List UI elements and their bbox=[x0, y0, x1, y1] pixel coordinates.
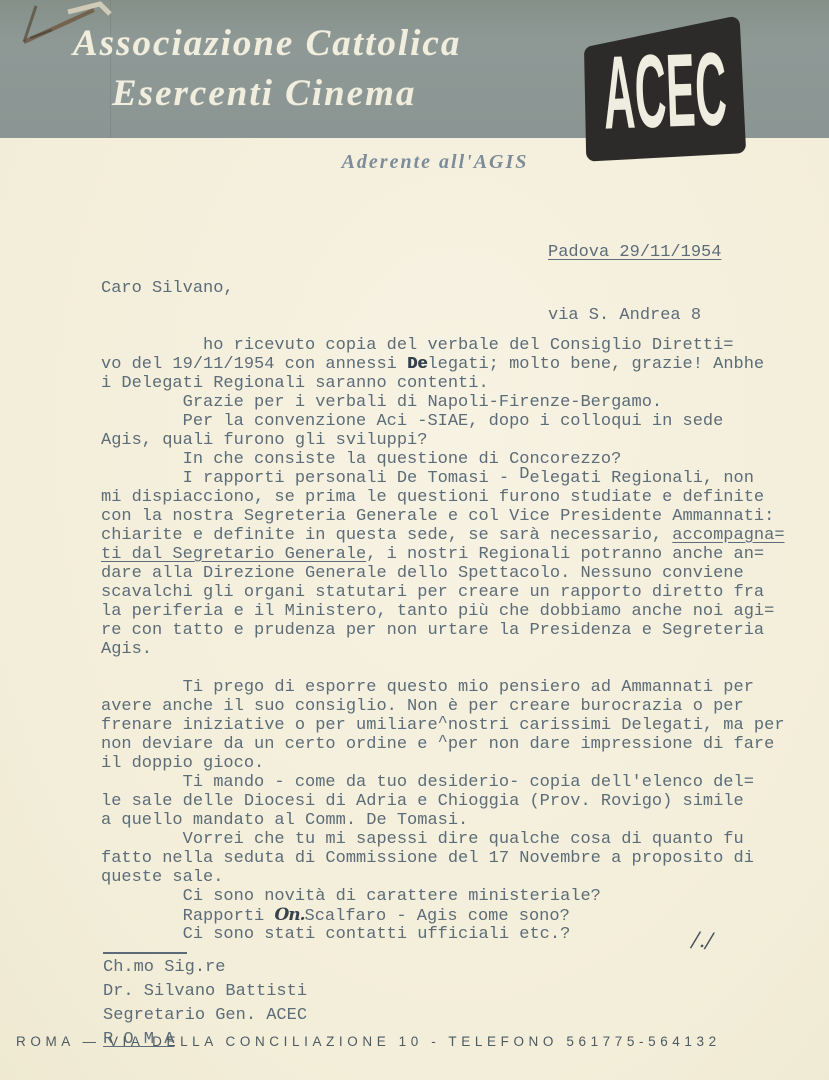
footer-address: ROMA — VIA DELLA CONCILIAZIONE 10 - TELE… bbox=[16, 1034, 721, 1049]
typed-line: I rapporti personali De Tomasi - Delegat… bbox=[101, 469, 785, 488]
typed-line: Grazie per i verbali di Napoli-Firenze-B… bbox=[101, 393, 785, 412]
typed-line bbox=[101, 659, 785, 678]
org-name-line1: Associazione Cattolica bbox=[73, 22, 461, 65]
typed-line: Ti prego di esporre questo mio pensiero … bbox=[101, 678, 785, 697]
typed-line: i Delegati Regionali saranno contenti. bbox=[101, 374, 785, 393]
agis-subtitle: Aderente all'AGIS bbox=[285, 151, 585, 174]
typed-line: vo del 19/11/1954 con annessi Delegati; … bbox=[101, 355, 785, 374]
typed-line: la periferia e il Ministero, tanto più c… bbox=[101, 602, 785, 621]
typed-line: con la nostra Segreteria Generale e col … bbox=[101, 507, 785, 526]
letter-page: Associazione Cattolica Esercenti Cinema … bbox=[0, 0, 829, 1080]
typed-line bbox=[101, 298, 785, 317]
typed-line: Caro Silvano, bbox=[101, 279, 785, 298]
place-date: Padova 29/11/1954 bbox=[548, 243, 721, 262]
typed-line: Ti mando - come da tuo desiderio- copia … bbox=[101, 773, 785, 792]
typed-line bbox=[101, 317, 785, 336]
typed-line: fatto nella seduta di Commissione del 17… bbox=[101, 849, 785, 868]
typed-line: a quello mandato al Comm. De Tomasi. bbox=[101, 811, 785, 830]
typed-line: non deviare da un certo ordine e ^per no… bbox=[101, 735, 785, 754]
typed-line: Ci sono novità di carattere ministeriale… bbox=[101, 887, 785, 906]
typed-line: Vorrei che tu mi sapessi dire qualche co… bbox=[101, 830, 785, 849]
typed-line: Agis, quali furono gli sviluppi? bbox=[101, 431, 785, 450]
acec-logo-text: ACEC bbox=[601, 31, 728, 151]
typed-line: ho ricevuto copia del verbale del Consig… bbox=[101, 336, 785, 355]
handwritten-mark: /./ bbox=[691, 927, 713, 952]
typed-line: avere anche il suo consiglio. Non è per … bbox=[101, 697, 785, 716]
letter-body: Caro Silvano, ho ricevuto copia del verb… bbox=[101, 279, 785, 944]
typed-line: In che consiste la questione di Concorez… bbox=[101, 450, 785, 469]
typed-line: Ci sono stati contatti ufficiali etc.? bbox=[101, 925, 785, 944]
typed-rule bbox=[103, 952, 187, 954]
typed-line: ti dal Segretario Generale, i nostri Reg… bbox=[101, 545, 785, 564]
typed-line: mi dispiacciono, se prima le questioni f… bbox=[101, 488, 785, 507]
typed-line: Ch.mo Sig.re bbox=[103, 956, 307, 980]
typed-line: le sale delle Diocesi di Adria e Chioggi… bbox=[101, 792, 785, 811]
typed-line: frenare iniziative o per umiliare^nostri… bbox=[101, 716, 785, 735]
typed-line: re con tatto e prudenza per non urtare l… bbox=[101, 621, 785, 640]
typed-line: dare alla Direzione Generale dello Spett… bbox=[101, 564, 785, 583]
typed-line: Segretario Gen. ACEC bbox=[103, 1004, 307, 1028]
typed-line: Per la convenzione Aci -SIAE, dopo i col… bbox=[101, 412, 785, 431]
typed-line: scavalchi gli organi statutari per crear… bbox=[101, 583, 785, 602]
typed-line: Agis. bbox=[101, 640, 785, 659]
typed-line: il doppio gioco. bbox=[101, 754, 785, 773]
typed-line: queste sale. bbox=[101, 868, 785, 887]
org-name-line2: Esercenti Cinema bbox=[112, 72, 416, 115]
typed-line: Dr. Silvano Battisti bbox=[103, 980, 307, 1004]
typed-line: chiarite e definite in questa sede, se s… bbox=[101, 526, 785, 545]
acec-logo: ACEC bbox=[576, 14, 752, 166]
typed-line: Rapporti On.Scalfaro - Agis come sono? bbox=[101, 906, 785, 925]
